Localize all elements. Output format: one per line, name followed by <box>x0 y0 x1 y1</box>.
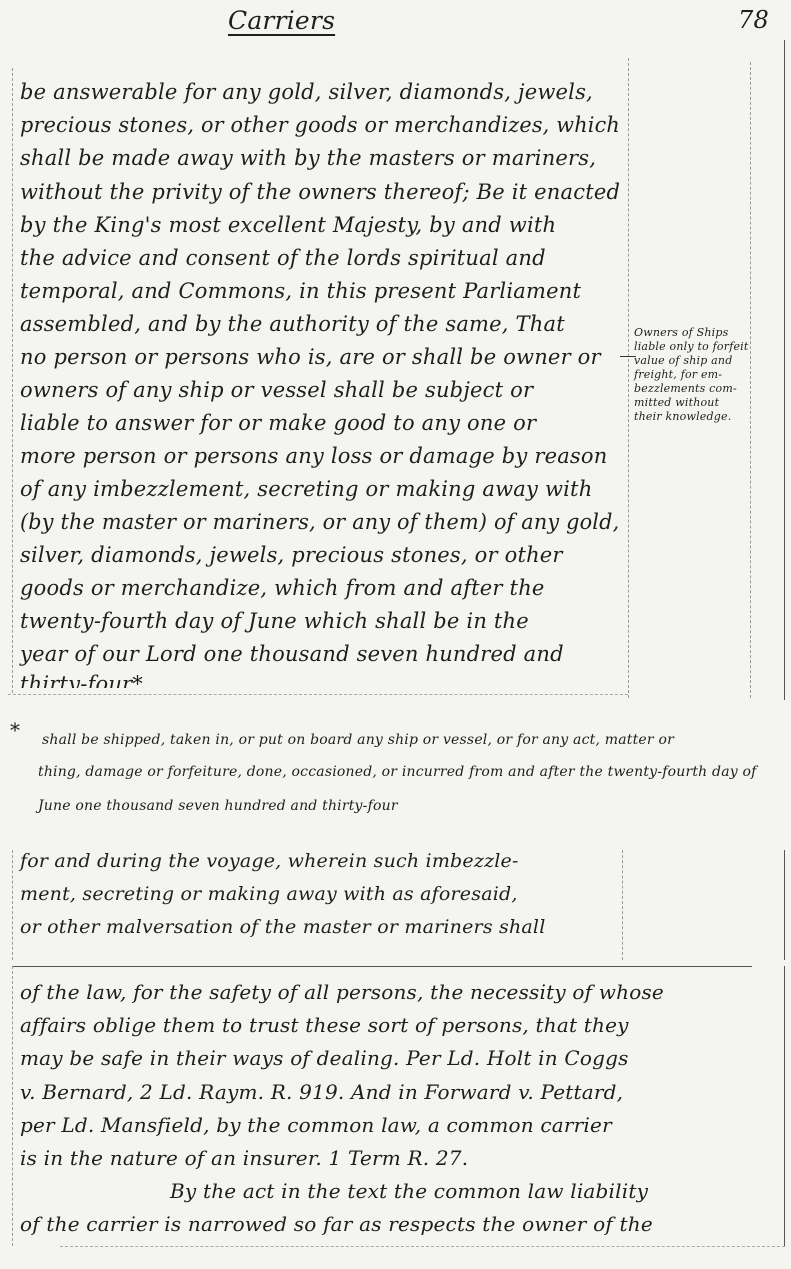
text-line: for and during the voyage, wherein such … <box>20 850 519 872</box>
margin-note-line: value of ship and <box>634 354 749 368</box>
text-line: no person or persons who is, are or shal… <box>20 345 601 369</box>
footnote-line: shall be shipped, taken in, or put on bo… <box>42 732 674 748</box>
margin-column-rule <box>750 62 751 698</box>
footnote-marker: * <box>10 718 20 742</box>
margin-note-line: liable only to forfeit <box>634 340 749 354</box>
left-margin-rule <box>12 68 13 693</box>
footnote-line: thing, damage or forfeiture, done, occas… <box>38 764 757 780</box>
text-line: temporal, and Commons, in this present P… <box>20 279 581 303</box>
text-line: without the privity of the owners thereo… <box>20 180 620 204</box>
text-line: or other malversation of the master or m… <box>20 916 545 938</box>
text-line: affairs oblige them to trust these sort … <box>20 1013 629 1037</box>
margin-note-line: bezzlements com- <box>634 382 749 396</box>
commentary-top-rule <box>12 966 752 967</box>
continuation-edge-rule <box>784 850 785 960</box>
continuation-right-rule <box>622 850 623 960</box>
margin-note-line: freight, for em- <box>634 368 749 382</box>
margin-note-line: Owners of Ships <box>634 326 749 340</box>
text-line: shall be made away with by the masters o… <box>20 146 596 170</box>
text-line-cut: thirty-four* <box>20 672 143 688</box>
commentary-edge-rule <box>784 966 785 1246</box>
margin-note: Owners of Ships liable only to forfeit v… <box>634 326 749 424</box>
page-edge-rule <box>784 40 785 700</box>
text-line: By the act in the text the common law li… <box>170 1179 648 1203</box>
text-line: of any imbezzlement, secreting or making… <box>20 477 592 501</box>
section-divider <box>8 694 628 695</box>
text-line: year of our Lord one thousand seven hund… <box>20 642 564 666</box>
text-line: silver, diamonds, jewels, precious stone… <box>20 543 563 567</box>
text-column-rule <box>628 58 629 698</box>
text-line: owners of any ship or vessel shall be su… <box>20 378 533 402</box>
page-title: Carriers <box>228 6 335 35</box>
text-line: v. Bernard, 2 Ld. Raym. R. 919. And in F… <box>20 1080 623 1104</box>
margin-note-line: their knowledge. <box>634 410 749 424</box>
text-line: may be safe in their ways of dealing. Pe… <box>20 1046 629 1070</box>
page-bottom-rule <box>60 1246 785 1247</box>
text-line: be answerable for any gold, silver, diam… <box>20 80 593 104</box>
text-line: assembled, and by the authority of the s… <box>20 312 565 336</box>
manuscript-page: Carriers 78 be answerable for any gold, … <box>0 0 791 1269</box>
text-line: liable to answer for or make good to any… <box>20 411 536 435</box>
continuation-left-rule <box>12 850 13 960</box>
text-line: precious stones, or other goods or merch… <box>20 113 620 137</box>
page-number: 78 <box>738 6 769 34</box>
text-line: goods or merchandize, which from and aft… <box>20 576 545 600</box>
text-line: per Ld. Mansfield, by the common law, a … <box>20 1113 612 1137</box>
text-line: twenty-fourth day of June which shall be… <box>20 609 529 633</box>
text-line: of the carrier is narrowed so far as res… <box>20 1212 653 1236</box>
text-line: (by the master or mariners, or any of th… <box>20 510 619 534</box>
text-line: more person or persons any loss or damag… <box>20 444 607 468</box>
footnote-line: June one thousand seven hundred and thir… <box>38 798 398 814</box>
commentary-left-rule <box>12 966 13 1246</box>
text-line: of the law, for the safety of all person… <box>20 980 664 1004</box>
text-line: ment, secreting or making away with as a… <box>20 883 518 905</box>
text-line: by the King's most excellent Majesty, by… <box>20 213 556 237</box>
text-line: is in the nature of an insurer. 1 Term R… <box>20 1146 468 1170</box>
text-line: the advice and consent of the lords spir… <box>20 246 546 270</box>
margin-note-line: mitted without <box>634 396 749 410</box>
